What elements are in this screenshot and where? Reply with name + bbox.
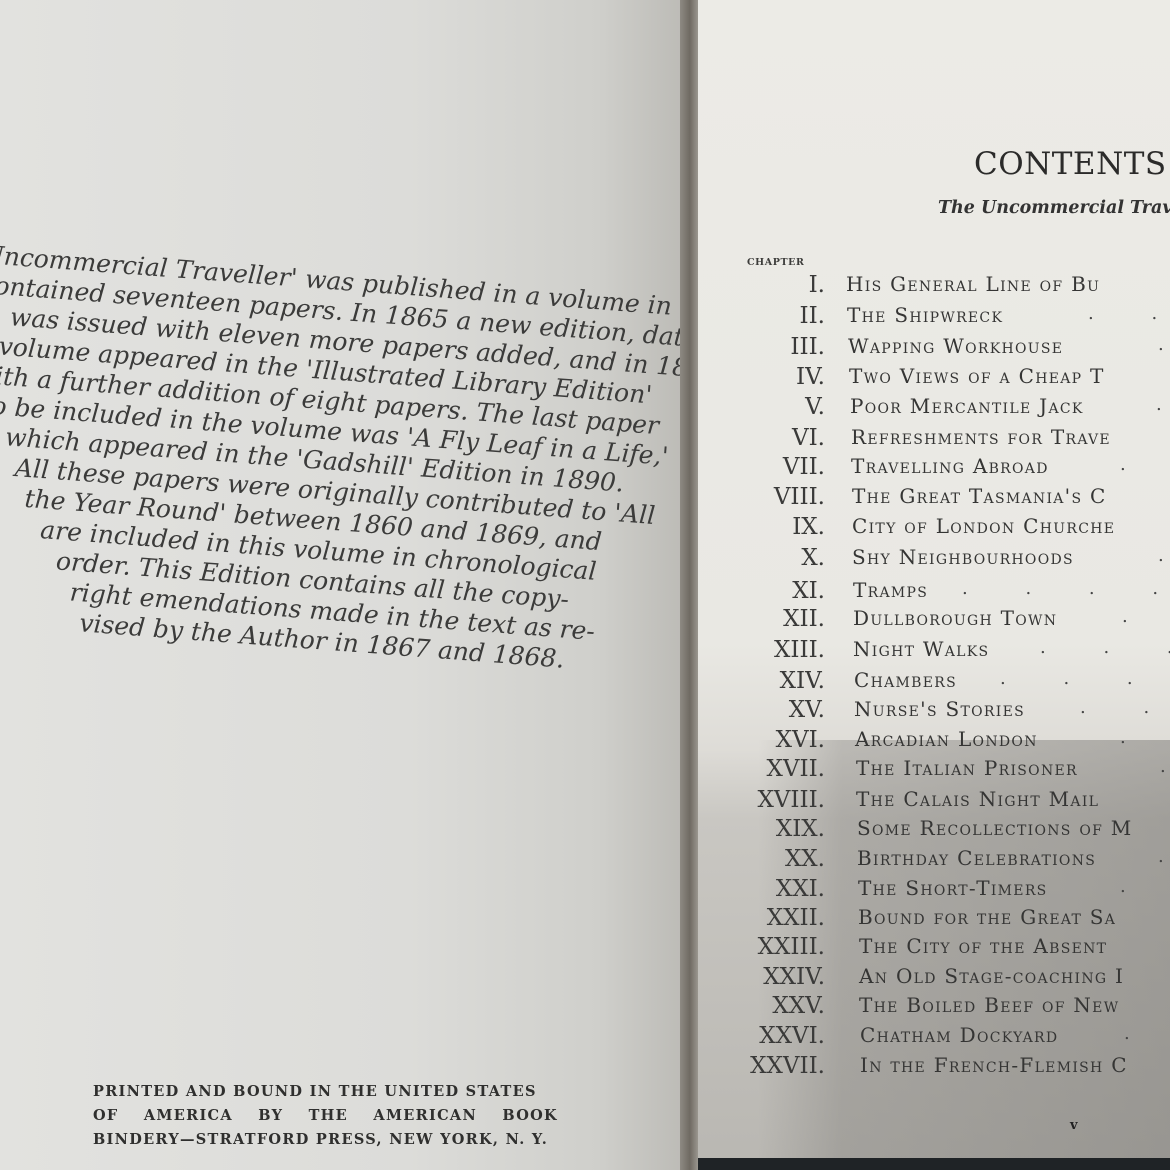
- chapter-number: XI.: [0, 578, 825, 604]
- chapter-number: VI.: [0, 425, 825, 451]
- chapter-number: X.: [0, 545, 825, 571]
- contents-heading: CONTENTS: [974, 146, 1167, 182]
- imprint-word: AMERICAN: [373, 1104, 477, 1128]
- chapter-title: Refreshments for Trave: [851, 425, 1111, 449]
- toc-row: XVII.The Italian Prisoner.: [0, 756, 1170, 786]
- chapter-number: XVIII.: [0, 787, 825, 813]
- chapter-number: XVII.: [0, 756, 825, 782]
- toc-row: XXVII.In the French-Flemish C: [0, 1053, 1170, 1083]
- page-folio: v: [1070, 1118, 1078, 1133]
- chapter-title: City of London Churche: [852, 514, 1115, 538]
- imprint-line-3: BINDERY—STRATFORD PRESS, NEW YORK, N. Y.: [93, 1128, 563, 1152]
- chapter-title: The Boiled Beef of New: [859, 993, 1119, 1017]
- chapter-title: In the French-Flemish C: [860, 1053, 1128, 1077]
- leader-dots: . .: [1122, 606, 1170, 627]
- toc-row: XV.Nurse's Stories. . . .: [0, 697, 1170, 727]
- leader-dots: . . .: [1088, 303, 1170, 324]
- toc-row: V.Poor Mercantile Jack.: [0, 394, 1170, 424]
- toc-row: II.The Shipwreck. . .: [0, 303, 1170, 333]
- imprint-word: BY: [258, 1104, 283, 1128]
- chapter-title: Night Walks: [853, 637, 989, 661]
- chapter-number: XXIV.: [0, 964, 825, 990]
- imprint-word: THE: [309, 1104, 348, 1128]
- imprint-line-2: OF AMERICA BY THE AMERICAN BOOK: [93, 1104, 558, 1128]
- toc-row: IX.City of London Churche: [0, 514, 1170, 544]
- chapter-title: Bound for the Great Sa: [858, 905, 1116, 929]
- imprint-word: BOOK: [502, 1104, 558, 1128]
- leader-dots: . . . . . . .: [962, 578, 1170, 599]
- chapter-title: Tramps: [853, 578, 928, 602]
- toc-row: I.His General Line of Bu: [0, 272, 1170, 302]
- chapter-number: XXII.: [0, 905, 825, 931]
- chapter-title: The Great Tasmania's C: [852, 484, 1107, 508]
- chapter-title: Chambers: [854, 668, 957, 692]
- chapter-title: The Short-Timers: [858, 876, 1048, 900]
- chapter-number: IX.: [0, 514, 825, 540]
- printer-imprint: PRINTED AND BOUND IN THE UNITED STATES O…: [93, 1080, 563, 1152]
- chapter-title: Two Views of a Cheap T: [849, 364, 1105, 388]
- chapter-title: Travelling Abroad: [851, 454, 1049, 478]
- chapter-number: XVI.: [0, 727, 825, 753]
- leader-dots: . .: [1120, 454, 1170, 475]
- leader-dots: .: [1156, 394, 1170, 415]
- chapter-title: His General Line of Bu: [846, 272, 1100, 296]
- chapter-title: Arcadian London: [855, 727, 1038, 751]
- chapter-number: XII.: [0, 606, 825, 632]
- chapter-title: The Shipwreck: [847, 303, 1003, 327]
- chapter-column-label: CHAPTER: [747, 257, 804, 268]
- chapter-title: Poor Mercantile Jack: [850, 394, 1084, 418]
- leader-dots: . .: [1120, 727, 1170, 748]
- toc-row: XII.Dullborough Town. .: [0, 606, 1170, 636]
- chapter-number: V.: [0, 394, 825, 420]
- chapter-number: VII.: [0, 454, 825, 480]
- imprint-word: OF: [93, 1104, 119, 1128]
- leader-dots: .: [1158, 846, 1170, 867]
- leader-dots: . .: [1124, 1023, 1170, 1044]
- chapter-number: XV.: [0, 697, 825, 723]
- leader-dots: . . . .: [1080, 697, 1170, 718]
- toc-row: XVI.Arcadian London. .: [0, 727, 1170, 757]
- toc-row: VI.Refreshments for Trave: [0, 425, 1170, 455]
- chapter-number: XXVI.: [0, 1023, 825, 1049]
- page-bottom-edge: [698, 1158, 1170, 1170]
- chapter-number: VIII.: [0, 484, 825, 510]
- toc-row: XIV.Chambers. . . . . .: [0, 668, 1170, 698]
- toc-row: XXI.The Short-Timers. .: [0, 876, 1170, 906]
- chapter-title: Chatham Dockyard: [860, 1023, 1058, 1047]
- chapter-title: Dullborough Town: [853, 606, 1057, 630]
- leader-dots: . . . . . .: [1000, 668, 1170, 689]
- toc-row: III.Wapping Workhouse.: [0, 334, 1170, 364]
- chapter-title: An Old Stage-coaching I: [859, 964, 1124, 988]
- chapter-title: Shy Neighbourhoods: [852, 545, 1074, 569]
- chapter-title: The Italian Prisoner: [856, 756, 1078, 780]
- chapter-title: Some Recollections of M: [857, 816, 1133, 840]
- chapter-number: XXIII.: [0, 934, 825, 960]
- book-subtitle: The Uncommercial Travell: [938, 198, 1170, 218]
- chapter-number: XIV.: [0, 668, 825, 694]
- toc-row: VIII.The Great Tasmania's C: [0, 484, 1170, 514]
- chapter-title: Birthday Celebrations: [857, 846, 1096, 870]
- imprint-word: AMERICA: [144, 1104, 233, 1128]
- toc-row: XXVI.Chatham Dockyard. .: [0, 1023, 1170, 1053]
- chapter-title: The Calais Night Mail: [856, 787, 1099, 811]
- leader-dots: .: [1160, 756, 1170, 777]
- toc-row: XVIII.The Calais Night Mail: [0, 787, 1170, 817]
- chapter-title: The City of the Absent: [859, 934, 1107, 958]
- chapter-number: III.: [0, 334, 825, 360]
- toc-row: XIII.Night Walks. . . . .: [0, 637, 1170, 667]
- chapter-number: II.: [0, 303, 825, 329]
- chapter-number: XXV.: [0, 993, 825, 1019]
- leader-dots: .: [1158, 545, 1170, 566]
- toc-row: XIX.Some Recollections of M: [0, 816, 1170, 846]
- toc-row: IV.Two Views of a Cheap T: [0, 364, 1170, 394]
- chapter-number: XXVII.: [0, 1053, 825, 1079]
- chapter-title: Nurse's Stories: [854, 697, 1025, 721]
- chapter-number: IV.: [0, 364, 825, 390]
- leader-dots: .: [1158, 334, 1170, 355]
- toc-row: VII.Travelling Abroad. .: [0, 454, 1170, 484]
- toc-row: XI.Tramps. . . . . . .: [0, 578, 1170, 608]
- toc-row: XX.Birthday Celebrations.: [0, 846, 1170, 876]
- chapter-title: Wapping Workhouse: [848, 334, 1063, 358]
- toc-row: XXV.The Boiled Beef of New: [0, 993, 1170, 1023]
- toc-row: XXII.Bound for the Great Sa: [0, 905, 1170, 935]
- leader-dots: . .: [1120, 876, 1170, 897]
- chapter-number: XXI.: [0, 876, 825, 902]
- toc-row: X.Shy Neighbourhoods.: [0, 545, 1170, 575]
- chapter-number: XIII.: [0, 637, 825, 663]
- leader-dots: . . . . .: [1040, 637, 1170, 658]
- toc-row: XXIII.The City of the Absent: [0, 934, 1170, 964]
- toc-row: XXIV.An Old Stage-coaching I: [0, 964, 1170, 994]
- chapter-number: XIX.: [0, 816, 825, 842]
- chapter-number: I.: [0, 272, 825, 298]
- imprint-line-1: PRINTED AND BOUND IN THE UNITED STATES: [93, 1080, 563, 1104]
- chapter-number: XX.: [0, 846, 825, 872]
